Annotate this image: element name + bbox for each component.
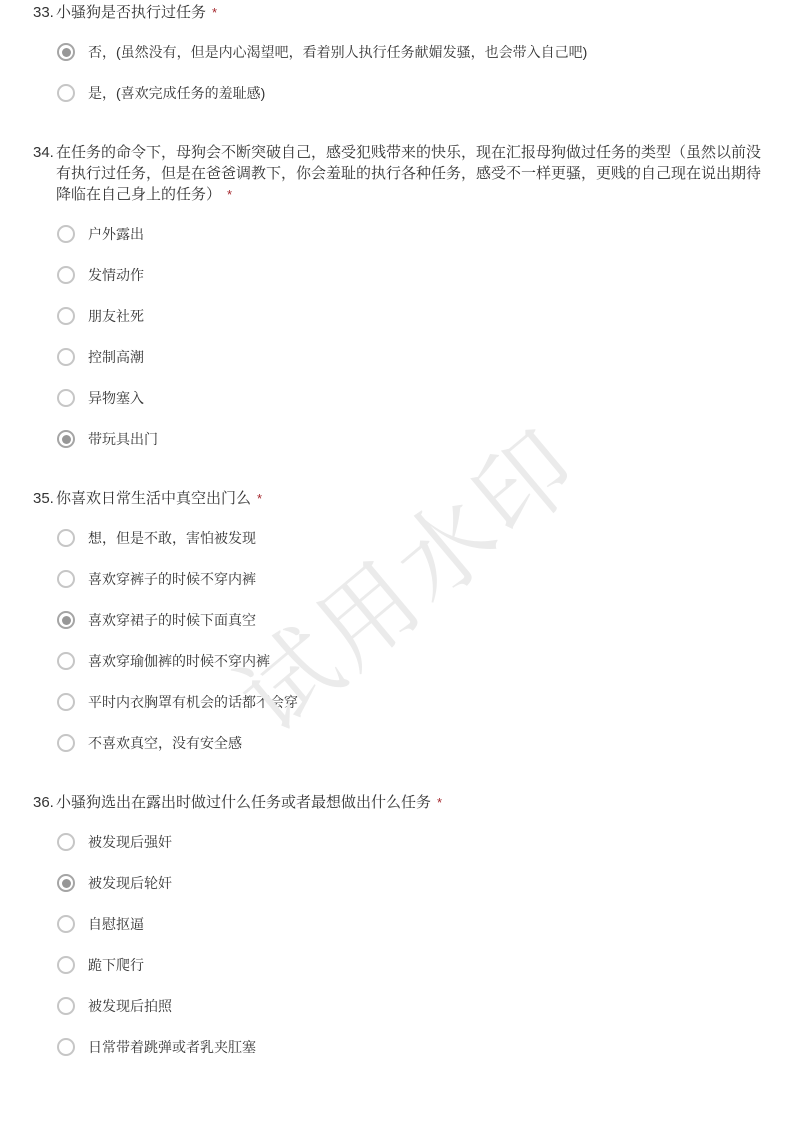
option-row[interactable]: 被发现后拍照 (57, 997, 763, 1015)
option-row[interactable]: 发情动作 (57, 266, 763, 284)
radio-button[interactable] (57, 956, 75, 974)
option-label: 喜欢穿裤子的时候不穿内裤 (88, 569, 256, 589)
option-list: 想，但是不敢，害怕被发现 喜欢穿裤子的时候不穿内裤 喜欢穿裙子的时候下面真空 喜… (57, 529, 763, 752)
question-number: 33. (33, 2, 56, 23)
required-asterisk: * (437, 795, 442, 810)
option-row[interactable]: 带玩具出门 (57, 430, 763, 448)
option-label: 平时内衣胸罩有机会的话都不会穿 (88, 692, 298, 712)
option-row[interactable]: 想，但是不敢，害怕被发现 (57, 529, 763, 547)
radio-button[interactable] (57, 84, 75, 102)
option-list: 被发现后强奸 被发现后轮奸 自慰抠逼 跪下爬行 被发现后拍照 日常带着跳弹或者乳… (57, 833, 763, 1056)
option-row[interactable]: 户外露出 (57, 225, 763, 243)
option-row[interactable]: 跪下爬行 (57, 956, 763, 974)
question-number: 36. (33, 792, 56, 813)
radio-button[interactable] (57, 225, 75, 243)
radio-button[interactable] (57, 570, 75, 588)
option-label: 跪下爬行 (88, 955, 144, 975)
option-row[interactable]: 自慰抠逼 (57, 915, 763, 933)
option-list: 户外露出 发情动作 朋友社死 控制高潮 异物塞入 带玩具出门 (57, 225, 763, 448)
radio-button[interactable] (57, 611, 75, 629)
question-title-text: 小骚狗选出在露出时做过什么任务或者最想做出什么任务 (56, 794, 431, 811)
option-row[interactable]: 喜欢穿裙子的时候下面真空 (57, 611, 763, 629)
option-label: 异物塞入 (88, 388, 144, 408)
option-label: 带玩具出门 (88, 429, 158, 449)
form-page: 33. 小骚狗是否执行过任务* 否，(虽然没有，但是内心渴望吧，看着别人执行任务… (0, 0, 793, 1056)
radio-button[interactable] (57, 652, 75, 670)
radio-button[interactable] (57, 430, 75, 448)
option-label: 发情动作 (88, 265, 144, 285)
question-title: 34. 在任务的命令下，母狗会不断突破自己，感受犯贱带来的快乐，现在汇报母狗做过… (33, 142, 763, 205)
question-title-body: 你喜欢日常生活中真空出门么* (56, 488, 763, 509)
required-asterisk: * (227, 187, 232, 202)
radio-button[interactable] (57, 529, 75, 547)
option-label: 朋友社死 (88, 306, 144, 326)
option-row[interactable]: 控制高潮 (57, 348, 763, 366)
option-label: 否，(虽然没有，但是内心渴望吧，看着别人执行任务献媚发骚，也会带入自己吧) (88, 42, 587, 62)
radio-button[interactable] (57, 997, 75, 1015)
option-row[interactable]: 不喜欢真空，没有安全感 (57, 734, 763, 752)
option-row[interactable]: 喜欢穿瑜伽裤的时候不穿内裤 (57, 652, 763, 670)
question-title-body: 小骚狗选出在露出时做过什么任务或者最想做出什么任务* (56, 792, 763, 813)
question-title-body: 在任务的命令下，母狗会不断突破自己，感受犯贱带来的快乐，现在汇报母狗做过任务的类… (56, 142, 763, 205)
option-label: 被发现后强奸 (88, 832, 172, 852)
required-asterisk: * (212, 5, 217, 20)
question-block: 35. 你喜欢日常生活中真空出门么* 想，但是不敢，害怕被发现 喜欢穿裤子的时候… (33, 488, 763, 752)
option-label: 被发现后拍照 (88, 996, 172, 1016)
option-label: 喜欢穿瑜伽裤的时候不穿内裤 (88, 651, 270, 671)
question-list: 33. 小骚狗是否执行过任务* 否，(虽然没有，但是内心渴望吧，看着别人执行任务… (33, 2, 763, 1056)
question-title-text: 你喜欢日常生活中真空出门么 (56, 490, 251, 507)
radio-button[interactable] (57, 43, 75, 61)
option-row[interactable]: 平时内衣胸罩有机会的话都不会穿 (57, 693, 763, 711)
option-label: 控制高潮 (88, 347, 144, 367)
option-label: 喜欢穿裙子的时候下面真空 (88, 610, 256, 630)
radio-button[interactable] (57, 734, 75, 752)
question-number: 34. (33, 142, 56, 163)
radio-button[interactable] (57, 874, 75, 892)
question-block: 36. 小骚狗选出在露出时做过什么任务或者最想做出什么任务* 被发现后强奸 被发… (33, 792, 763, 1056)
option-label: 日常带着跳弹或者乳夹肛塞 (88, 1037, 256, 1057)
question-title-text: 在任务的命令下，母狗会不断突破自己，感受犯贱带来的快乐，现在汇报母狗做过任务的类… (56, 144, 761, 203)
option-label: 是，(喜欢完成任务的羞耻感) (88, 83, 265, 103)
question-title-text: 小骚狗是否执行过任务 (56, 4, 206, 21)
question-title: 33. 小骚狗是否执行过任务* (33, 2, 763, 23)
option-row[interactable]: 否，(虽然没有，但是内心渴望吧，看着别人执行任务献媚发骚，也会带入自己吧) (57, 43, 763, 61)
radio-button[interactable] (57, 1038, 75, 1056)
option-label: 自慰抠逼 (88, 914, 144, 934)
radio-button[interactable] (57, 915, 75, 933)
question-block: 34. 在任务的命令下，母狗会不断突破自己，感受犯贱带来的快乐，现在汇报母狗做过… (33, 142, 763, 448)
required-asterisk: * (257, 491, 262, 506)
option-row[interactable]: 是，(喜欢完成任务的羞耻感) (57, 84, 763, 102)
option-label: 户外露出 (88, 224, 144, 244)
radio-button[interactable] (57, 833, 75, 851)
question-block: 33. 小骚狗是否执行过任务* 否，(虽然没有，但是内心渴望吧，看着别人执行任务… (33, 2, 763, 102)
option-row[interactable]: 异物塞入 (57, 389, 763, 407)
option-row[interactable]: 朋友社死 (57, 307, 763, 325)
radio-button[interactable] (57, 266, 75, 284)
radio-button[interactable] (57, 693, 75, 711)
question-title: 36. 小骚狗选出在露出时做过什么任务或者最想做出什么任务* (33, 792, 763, 813)
option-label: 不喜欢真空，没有安全感 (88, 733, 242, 753)
radio-dot (62, 435, 71, 444)
option-row[interactable]: 喜欢穿裤子的时候不穿内裤 (57, 570, 763, 588)
radio-dot (62, 616, 71, 625)
option-row[interactable]: 被发现后强奸 (57, 833, 763, 851)
radio-button[interactable] (57, 389, 75, 407)
radio-button[interactable] (57, 307, 75, 325)
option-list: 否，(虽然没有，但是内心渴望吧，看着别人执行任务献媚发骚，也会带入自己吧) 是，… (57, 43, 763, 102)
radio-dot (62, 48, 71, 57)
radio-dot (62, 879, 71, 888)
option-label: 被发现后轮奸 (88, 873, 172, 893)
option-row[interactable]: 被发现后轮奸 (57, 874, 763, 892)
question-title-body: 小骚狗是否执行过任务* (56, 2, 763, 23)
radio-button[interactable] (57, 348, 75, 366)
question-title: 35. 你喜欢日常生活中真空出门么* (33, 488, 763, 509)
option-label: 想，但是不敢，害怕被发现 (88, 528, 256, 548)
question-number: 35. (33, 488, 56, 509)
option-row[interactable]: 日常带着跳弹或者乳夹肛塞 (57, 1038, 763, 1056)
